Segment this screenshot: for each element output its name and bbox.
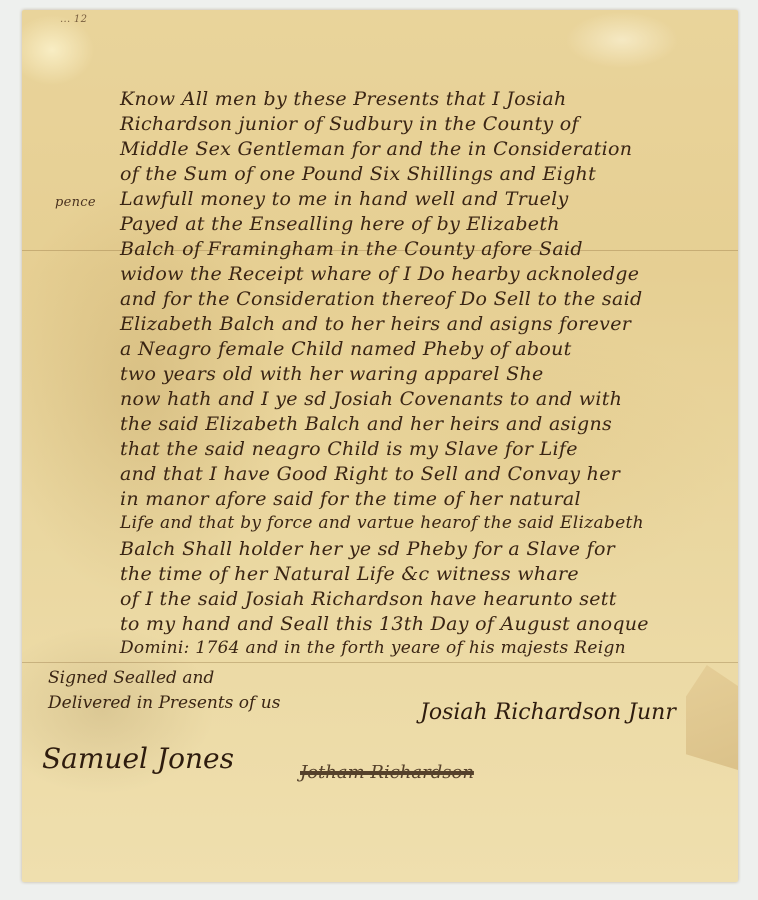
text-line: Lawfull money to me in hand well and Tru… [120,188,569,210]
text-line: Payed at the Ensealling here of by Eliza… [120,213,560,235]
text-line: and for the Consideration thereof Do Sel… [120,288,642,310]
text-line: a Neagro female Child named Pheby of abo… [120,338,572,360]
struck-out-signature: Jotham Richardson [300,762,474,783]
text-line: the said Elizabeth Balch and her heirs a… [120,413,612,435]
text-line: two years old with her waring apparel Sh… [120,363,544,385]
text-line: and that I have Good Right to Sell and C… [120,463,620,485]
text-line: of I the said Josiah Richardson have hea… [120,588,617,610]
witness-signature: Samuel Jones [42,742,234,775]
text-line: in manor afore said for the time of her … [120,488,581,510]
fold-crease [22,662,738,663]
text-line: Elizabeth Balch and to her heirs and asi… [120,313,631,335]
text-line: to my hand and Seall this 13th Day of Au… [120,613,649,635]
text-line: Richardson junior of Sudbury in the Coun… [120,113,579,135]
text-line: widow the Receipt whare of I Do hearby a… [120,263,639,285]
text-line: Balch Shall holder her ye sd Pheby for a… [120,538,615,560]
text-line: that the said neagro Child is my Slave f… [120,438,578,460]
text-line: of the Sum of one Pound Six Shillings an… [120,163,596,185]
margin-note: pence [55,195,96,210]
text-line: Middle Sex Gentleman for and the in Cons… [120,138,632,160]
text-line: Life and that by force and vartue hearof… [120,513,644,533]
attestation-line-1: Signed Sealled and [48,668,214,688]
grantor-signature: Josiah Richardson Junr [420,700,676,725]
folio-mark: ... 12 [60,14,87,25]
text-line: Know All men by these Presents that I Jo… [120,88,567,110]
attestation-line-2: Delivered in Presents of us [48,693,280,713]
text-line: the time of her Natural Life &c witness … [120,563,579,585]
text-line: Domini: 1764 and in the forth yeare of h… [120,638,626,658]
text-line: now hath and I ye sd Josiah Covenants to… [120,388,622,410]
text-line: Balch of Framingham in the County afore … [120,238,583,260]
